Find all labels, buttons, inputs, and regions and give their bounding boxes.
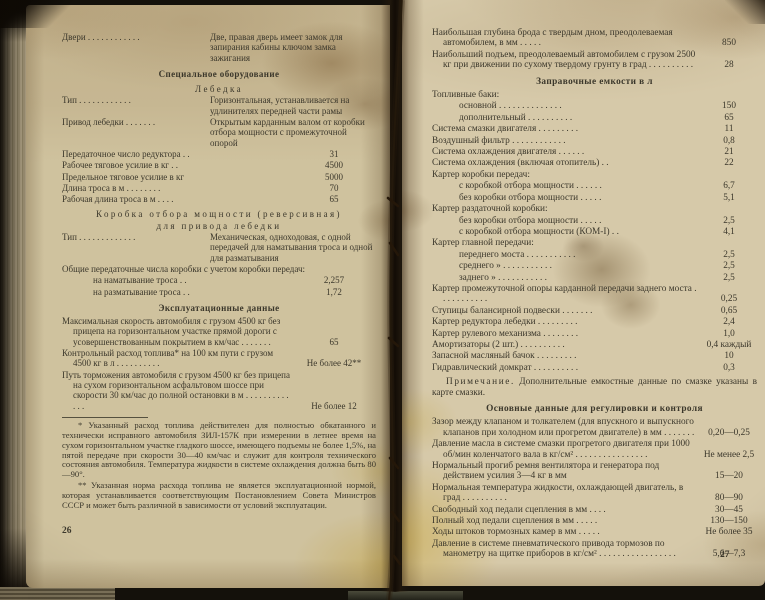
spec-value: 0,65: [701, 306, 757, 316]
spec-label: Давление масла в системе смазки прогрето…: [432, 439, 701, 460]
left-page: Двери . . . . . . . . . . . . Две, права…: [26, 5, 390, 588]
section-heading-adjustment-data: Основные данные для регулировки и контро…: [432, 404, 757, 414]
spec-definition: Механическая, одноходовая, с одной перед…: [210, 232, 376, 263]
spec-value: 0,4 каждый: [701, 340, 757, 350]
spec-value: 2,5: [701, 216, 757, 226]
note-label: Примечание.: [446, 377, 515, 387]
spec-label: Картер рулевого механизма . . . . . . . …: [432, 329, 701, 339]
spec-value: 0,3: [701, 363, 757, 373]
spec-value: Не более 12: [292, 401, 376, 411]
spec-label: Картер главной передачи:: [432, 238, 701, 248]
spec-value: Не менее 2,5: [701, 450, 757, 460]
capacity-spec-list: Топливные баки: основной . . . . . . . .…: [432, 90, 757, 373]
spec-row: Максимальная скорость автомобиля с грузо…: [62, 316, 376, 347]
spec-label: среднего » . . . . . . . . . . .: [432, 261, 701, 271]
spec-row: Полный ход педали сцепления в мм . . . .…: [432, 516, 757, 526]
spec-value: 0,20—0,25: [701, 428, 757, 438]
spec-row: Картер рулевого механизма . . . . . . . …: [432, 329, 757, 339]
spec-value: 4500: [292, 160, 376, 170]
spec-value: 0,8: [701, 136, 757, 146]
spec-label: Наибольшая глубина брода с твердым дном,…: [432, 28, 701, 49]
spec-label: Нормальная температура жидкости, охлажда…: [432, 483, 701, 504]
right-page-content: Наибольшая глубина брода с твердым дном,…: [402, 0, 765, 560]
section-heading-filling-capacities: Заправочные емкости в л: [432, 77, 757, 87]
spec-row-doors: Двери . . . . . . . . . . . . Две, права…: [62, 32, 376, 63]
winch-spec-list: Передаточное число редуктора . . 31 Рабо…: [62, 149, 376, 204]
spec-value: 4,1: [701, 227, 757, 237]
spec-row: Нормальная температура жидкости, охлажда…: [432, 483, 757, 504]
spec-row: Нормальный прогиб ремня вентилятора и ге…: [432, 461, 757, 482]
spec-value: 5,1: [701, 193, 757, 203]
spec-definition: Открытым карданным валом от коробки отбо…: [210, 117, 376, 148]
spec-row: Картер главной передачи:: [432, 238, 757, 248]
spec-row: переднего моста . . . . . . . . . . . 2,…: [432, 250, 757, 260]
spec-row: основной . . . . . . . . . . . . . . 150: [432, 101, 757, 111]
spec-row: Система охлаждения двигателя . . . . . .…: [432, 147, 757, 157]
spec-value: 5000: [292, 172, 376, 182]
spec-label: без коробки отбора мощности . . . . .: [432, 216, 701, 226]
spec-label: Ходы штоков тормозных камер в мм . . . .…: [432, 527, 701, 537]
spec-row: Наибольший подъем, преодолеваемый автомо…: [432, 50, 757, 71]
spec-label: переднего моста . . . . . . . . . . .: [432, 250, 701, 260]
spec-row: Рабочая длина троса в м . . . . 65: [62, 194, 376, 204]
spec-row: Запасной масляный бачок . . . . . . . . …: [432, 351, 757, 361]
spec-label: Свободный ход педали сцепления в мм . . …: [432, 505, 701, 515]
capacities-note: Примечание. Дополнительные емкостные дан…: [432, 377, 757, 398]
page-number-left: 26: [62, 526, 72, 536]
spec-row: Картер промежуточной опоры карданной пер…: [432, 284, 757, 305]
spec-value: 80—90: [701, 493, 757, 503]
spec-label: Топливные баки:: [432, 90, 701, 100]
adjustment-spec-list: Зазор между клапаном и толкателем (для в…: [432, 417, 757, 559]
spec-value: 1,72: [292, 287, 376, 297]
spec-value: 21: [701, 147, 757, 157]
spec-row: Наибольшая глубина брода с твердым дном,…: [432, 28, 757, 49]
footnote-separator: [62, 417, 148, 418]
spec-label: Полный ход педали сцепления в мм . . . .…: [432, 516, 701, 526]
subsection-heading-pto-line1: Коробка отбора мощности (реверсивная): [62, 209, 376, 219]
spec-value: 2,257: [292, 275, 376, 285]
spec-label: Ступицы балансирной подвески . . . . . .…: [432, 306, 701, 316]
spec-label: Максимальная скорость автомобиля с грузо…: [62, 316, 292, 347]
spec-row: заднего » . . . . . . . . . . . 2,5: [432, 273, 757, 283]
spec-row: Путь торможения автомобиля с грузом 4500…: [62, 370, 376, 411]
spec-row: Ступицы балансирной подвески . . . . . .…: [432, 306, 757, 316]
spec-label: дополнительный . . . . . . . . . .: [432, 113, 701, 123]
spec-label: Длина троса в м . . . . . . . .: [62, 183, 292, 193]
spec-row: Ходы штоков тормозных камер в мм . . . .…: [432, 527, 757, 537]
spec-row: Гидравлический домкрат . . . . . . . . .…: [432, 363, 757, 373]
spec-label: без коробки отбора мощности . . . . .: [432, 193, 701, 203]
spec-label: Путь торможения автомобиля с грузом 4500…: [62, 370, 292, 411]
spec-label: на разматывание троса . .: [62, 287, 292, 297]
left-page-content: Двери . . . . . . . . . . . . Две, права…: [26, 5, 390, 511]
spec-value: 2,5: [701, 261, 757, 271]
spec-row: Передаточное число редуктора . . 31: [62, 149, 376, 159]
subsection-heading-pto-line2: для привода лебедки: [62, 221, 376, 231]
spec-value: 28: [701, 60, 757, 70]
spec-row: Картер раздаточной коробки:: [432, 204, 757, 214]
spec-label: с коробкой отбора мощности . . . . . .: [432, 181, 701, 191]
spec-row: Предельное тяговое усилие в кг 5000: [62, 172, 376, 182]
spec-value: 850: [701, 38, 757, 48]
spec-row: Топливные баки:: [432, 90, 757, 100]
spec-label: Тип . . . . . . . . . . . .: [62, 95, 210, 116]
spec-label: основной . . . . . . . . . . . . . .: [432, 101, 701, 111]
spec-label: Картер коробки передач:: [432, 170, 701, 180]
spec-value: 15—20: [701, 471, 757, 481]
spec-label: Передаточное число редуктора . .: [62, 149, 292, 159]
spec-value: 1,0: [701, 329, 757, 339]
operational-spec-list: Максимальная скорость автомобиля с грузо…: [62, 316, 376, 411]
spec-value: 10: [701, 351, 757, 361]
spec-row: без коробки отбора мощности . . . . . 2,…: [432, 216, 757, 226]
spec-label: Предельное тяговое усилие в кг: [62, 172, 292, 182]
spec-row: Давление масла в системе смазки прогрето…: [432, 439, 757, 460]
spec-row: на наматывание троса . . 2,257: [62, 275, 376, 285]
spec-row: Картер коробки передач:: [432, 170, 757, 180]
spec-row: Свободный ход педали сцепления в мм . . …: [432, 505, 757, 515]
spec-label: Амортизаторы (2 шт.) . . . . . . . . . .: [432, 340, 701, 350]
spec-label: Зазор между клапаном и толкателем (для в…: [432, 417, 701, 438]
spec-label: Наибольший подъем, преодолеваемый автомо…: [432, 50, 701, 71]
spec-label: Давление в системе пневматического приво…: [432, 539, 701, 560]
spec-value: 11: [701, 124, 757, 134]
spec-value: 31: [292, 149, 376, 159]
spec-value: 150: [701, 101, 757, 111]
page-edge-stack-bottom-left: [0, 587, 115, 600]
spec-label: Воздушный фильтр . . . . . . . . . . . .: [432, 136, 701, 146]
spec-label: Рабочая длина троса в м . . . .: [62, 194, 292, 204]
section-heading-special-equipment: Специальное оборудование: [62, 69, 376, 79]
spec-value: 65: [292, 194, 376, 204]
spec-value: 65: [701, 113, 757, 123]
spec-label: Привод лебедки . . . . . . .: [62, 117, 210, 148]
spec-label: Рабочее тяговое усилие в кг . .: [62, 160, 292, 170]
spec-row: Система смазки двигателя . . . . . . . .…: [432, 124, 757, 134]
spec-row: на разматывание троса . . 1,72: [62, 287, 376, 297]
spec-row: Длина троса в м . . . . . . . . 70: [62, 183, 376, 193]
spec-value: 30—45: [701, 505, 757, 515]
spec-label: Система смазки двигателя . . . . . . . .…: [432, 124, 701, 134]
spec-label: Контрольный расход топлива* на 100 км пу…: [62, 348, 292, 369]
spec-value: Не более 42**: [292, 358, 376, 368]
spec-label: Картер раздаточной коробки:: [432, 204, 701, 214]
section-heading-operational-data: Эксплуатационные данные: [62, 303, 376, 313]
spec-row: Рабочее тяговое усилие в кг . . 4500: [62, 160, 376, 170]
cross-country-spec-list: Наибольшая глубина брода с твердым дном,…: [432, 28, 757, 71]
spec-row-ratios-group: Общие передаточные числа коробки с учето…: [62, 264, 376, 274]
page-number-right: 27: [720, 550, 730, 560]
spec-row: Контрольный расход топлива* на 100 км пу…: [62, 348, 376, 369]
spec-value: 0,25: [701, 294, 757, 304]
footnote-text-1: * Указанный расход топлива действителен …: [62, 421, 376, 480]
spec-label: Запасной масляный бачок . . . . . . . . …: [432, 351, 701, 361]
spec-label: Общие передаточные числа коробки с учето…: [62, 264, 376, 274]
spec-row: среднего » . . . . . . . . . . . 2,5: [432, 261, 757, 271]
spec-label: Нормальный прогиб ремня вентилятора и ге…: [432, 461, 701, 482]
spec-value: 2,5: [701, 250, 757, 260]
spec-label: Система охлаждения двигателя . . . . . .: [432, 147, 701, 157]
spec-row: Воздушный фильтр . . . . . . . . . . . .…: [432, 136, 757, 146]
spec-label: Двери . . . . . . . . . . . .: [62, 32, 210, 63]
page-edge-stack-left: [0, 0, 28, 600]
spec-row: Зазор между клапаном и толкателем (для в…: [432, 417, 757, 438]
page-edge-stack-bottom-center: [348, 591, 463, 600]
spec-label: Картер редуктора лебедки . . . . . . . .…: [432, 317, 701, 327]
spec-value: 65: [292, 337, 376, 347]
spec-label: Система охлаждения (включая отопитель) .…: [432, 158, 701, 168]
spec-label: на наматывание троса . .: [62, 275, 292, 285]
spec-value: Не более 35: [701, 527, 757, 537]
spec-row-pto-type: Тип . . . . . . . . . . . . . Механическ…: [62, 232, 376, 263]
spec-value: 2,4: [701, 317, 757, 327]
subsection-heading-winch: Лебедка: [62, 84, 376, 94]
spec-row-winch-drive: Привод лебедки . . . . . . . Открытым ка…: [62, 117, 376, 148]
spec-value: 6,7: [701, 181, 757, 191]
spec-row: Давление в системе пневматического приво…: [432, 539, 757, 560]
spec-row: Амортизаторы (2 шт.) . . . . . . . . . .…: [432, 340, 757, 350]
spec-label: Картер промежуточной опоры карданной пер…: [432, 284, 701, 305]
spec-row: с коробкой отбора мощности . . . . . . 6…: [432, 181, 757, 191]
footnote-text-2: ** Указанная норма расхода топлива не яв…: [62, 481, 376, 511]
spec-row: Картер редуктора лебедки . . . . . . . .…: [432, 317, 757, 327]
right-page: Наибольшая глубина брода с твердым дном,…: [402, 0, 765, 586]
spec-label: с коробкой отбора мощности (КОМ-I) . .: [432, 227, 701, 237]
spec-label: Гидравлический домкрат . . . . . . . . .…: [432, 363, 701, 373]
spec-value: 22: [701, 158, 757, 168]
spec-definition: Горизонтальная, устанавливается на удлин…: [210, 95, 376, 116]
spec-value: 2,5: [701, 273, 757, 283]
spec-row-winch-type: Тип . . . . . . . . . . . . Горизонтальн…: [62, 95, 376, 116]
spec-value: 70: [292, 183, 376, 193]
spec-label: Тип . . . . . . . . . . . . .: [62, 232, 210, 263]
pto-ratio-list: на наматывание троса . . 2,257 на размат…: [62, 275, 376, 297]
spec-row: дополнительный . . . . . . . . . . 65: [432, 113, 757, 123]
spec-label: заднего » . . . . . . . . . . .: [432, 273, 701, 283]
spec-row: без коробки отбора мощности . . . . . 5,…: [432, 193, 757, 203]
spec-row: Система охлаждения (включая отопитель) .…: [432, 158, 757, 168]
spec-value: 130—150: [701, 516, 757, 526]
spec-row: с коробкой отбора мощности (КОМ-I) . . 4…: [432, 227, 757, 237]
open-book-photo: Двери . . . . . . . . . . . . Две, права…: [0, 0, 765, 600]
spec-definition: Две, правая дверь имеет замок для запира…: [210, 32, 376, 63]
